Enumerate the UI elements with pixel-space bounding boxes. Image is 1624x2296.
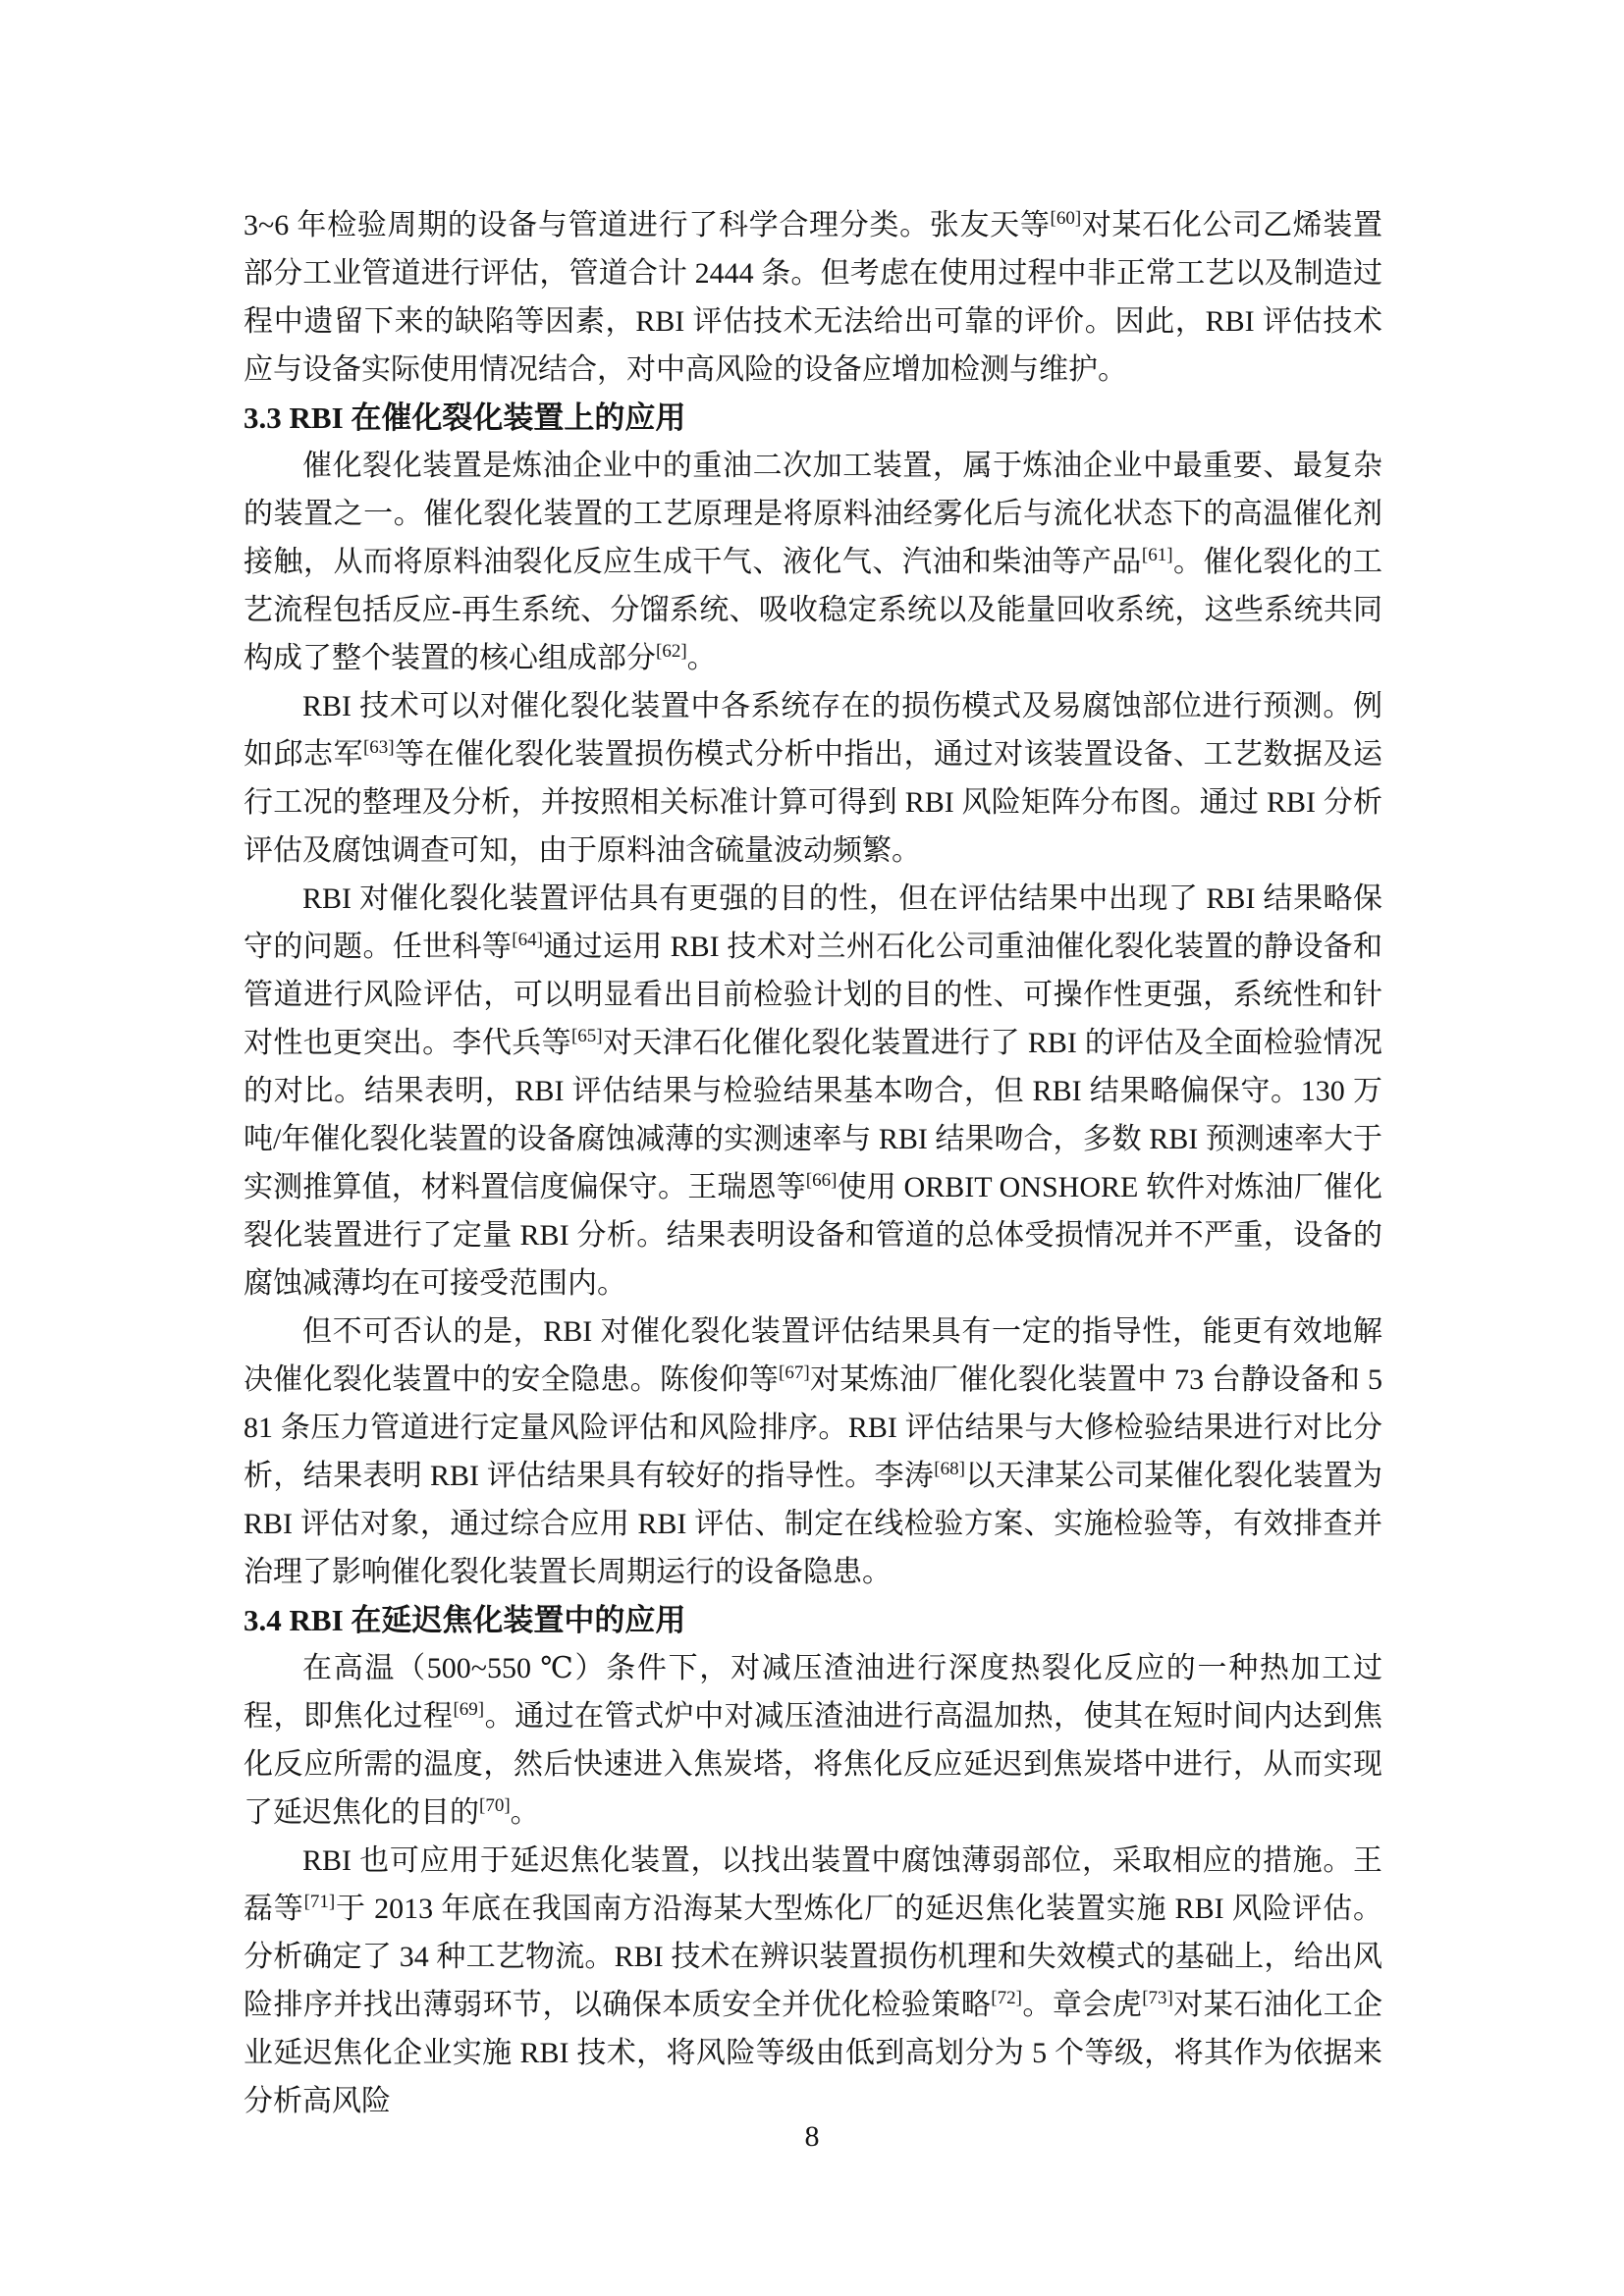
- citation-reference: [62]: [656, 641, 687, 662]
- citation-reference: [69]: [453, 1699, 484, 1720]
- citation-reference: [73]: [1142, 1988, 1173, 2008]
- citation-reference: [68]: [934, 1459, 965, 1479]
- paragraph: 催化裂化装置是炼油企业中的重油二次加工装置，属于炼油企业中最重要、最复杂的装置之…: [244, 442, 1382, 682]
- citation-reference: [70]: [479, 1795, 511, 1816]
- paragraph: 3~6 年检验周期的设备与管道进行了科学合理分类。张友天等[60]对某石化公司乙…: [244, 201, 1382, 394]
- page-number: 8: [0, 2112, 1624, 2161]
- citation-reference: [71]: [304, 1892, 336, 1912]
- citation-reference: [72]: [991, 1988, 1022, 2008]
- paragraph: RBI 也可应用于延迟焦化装置，以找出装置中腐蚀薄弱部位，采取相应的措施。王磊等…: [244, 1837, 1382, 2125]
- paragraph: RBI 对催化裂化装置评估具有更强的目的性，但在评估结果中出现了 RBI 结果略…: [244, 875, 1382, 1308]
- citation-reference: [67]: [779, 1362, 810, 1383]
- document-body: 3~6 年检验周期的设备与管道进行了科学合理分类。张友天等[60]对某石化公司乙…: [244, 201, 1382, 2125]
- citation-reference: [65]: [571, 1026, 603, 1046]
- section-heading: 3.4 RBI 在延迟焦化装置中的应用: [244, 1596, 1382, 1644]
- paragraph: 但不可否认的是，RBI 对催化裂化装置评估结果具有一定的指导性，能更有效地解决催…: [244, 1308, 1382, 1596]
- citation-reference: [66]: [806, 1170, 838, 1191]
- citation-reference: [60]: [1051, 208, 1082, 229]
- citation-reference: [64]: [512, 930, 543, 950]
- document-page: 3~6 年检验周期的设备与管道进行了科学合理分类。张友天等[60]对某石化公司乙…: [0, 0, 1624, 2296]
- citation-reference: [63]: [363, 737, 395, 758]
- section-heading: 3.3 RBI 在催化裂化装置上的应用: [244, 394, 1382, 442]
- paragraph: 在高温（500~550 ℃）条件下，对减压渣油进行深度热裂化反应的一种热加工过程…: [244, 1644, 1382, 1837]
- paragraph: RBI 技术可以对催化裂化装置中各系统存在的损伤模式及易腐蚀部位进行预测。例如邱…: [244, 682, 1382, 875]
- citation-reference: [61]: [1142, 545, 1173, 565]
